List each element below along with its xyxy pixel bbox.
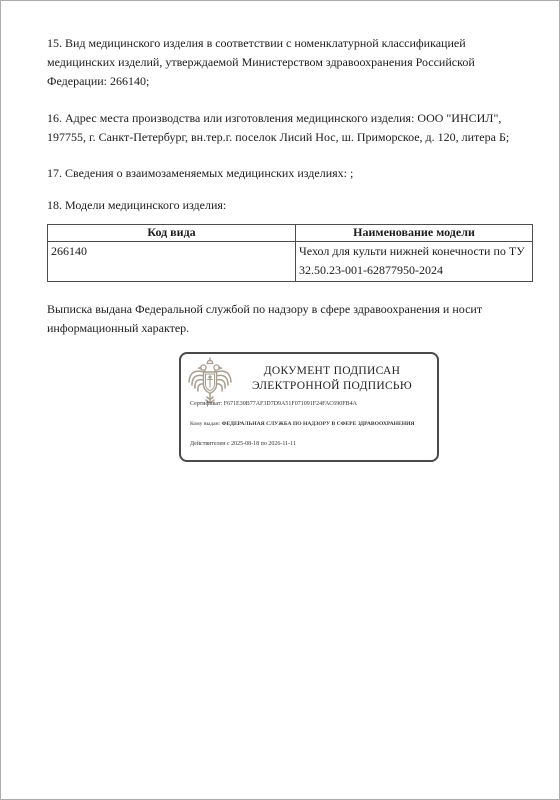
validity-line: Действителен с 2025-08-18 по 2026-11-11 [190, 441, 296, 447]
issuer-note: Выписка выдана Федеральной службой по на… [47, 300, 532, 338]
roszdravnadzor-eagle-emblem-icon [186, 356, 234, 406]
cell-model-name: Чехол для культи нижней конечности по ТУ… [296, 242, 533, 282]
electronic-signature-stamp: ДОКУМЕНТ ПОДПИСАН ЭЛЕКТРОННОЙ ПОДПИСЬЮ С… [179, 352, 439, 462]
table-row: 266140 Чехол для культи нижней конечност… [48, 242, 533, 282]
paragraph-18-device-models: 18. Модели медицинского изделия: [47, 196, 532, 215]
stamp-title-line2: ЭЛЕКТРОННОЙ ПОДПИСЬЮ [237, 379, 427, 394]
stamp-title: ДОКУМЕНТ ПОДПИСАН ЭЛЕКТРОННОЙ ПОДПИСЬЮ [237, 364, 427, 394]
issued-to-label: Кому выдан: [190, 421, 220, 427]
column-header-kind-code: Код вида [48, 225, 296, 242]
document-page: 15. Вид медицинского изделия в соответст… [0, 0, 560, 800]
cell-kind-code: 266140 [48, 242, 296, 282]
column-header-model-name: Наименование модели [296, 225, 533, 242]
certificate-line: Сертификат: F671E30B77AF3D7D9A51F071091F… [190, 401, 357, 407]
certificate-value: F671E30B77AF3D7D9A51F071091F24FAC690FB4A [224, 401, 357, 407]
issued-to-line: Кому выдан: ФЕДЕРАЛЬНАЯ СЛУЖБА ПО НАДЗОР… [190, 421, 415, 427]
paragraph-17-interchangeable-info: 17. Сведения о взаимозаменяемых медицинс… [47, 164, 532, 183]
issued-to-value: ФЕДЕРАЛЬНАЯ СЛУЖБА ПО НАДЗОРУ В СФЕРЕ ЗД… [222, 421, 415, 427]
stamp-title-line1: ДОКУМЕНТ ПОДПИСАН [237, 364, 427, 379]
paragraph-15-device-kind: 15. Вид медицинского изделия в соответст… [47, 34, 532, 91]
models-table: Код вида Наименование модели 266140 Чехо… [47, 224, 533, 282]
paragraph-16-production-address: 16. Адрес места производства или изготов… [47, 109, 532, 147]
models-table-header-row: Код вида Наименование модели [48, 225, 533, 242]
certificate-label: Сертификат: [190, 401, 222, 407]
validity-text: Действителен с 2025-08-18 по 2026-11-11 [190, 441, 296, 447]
